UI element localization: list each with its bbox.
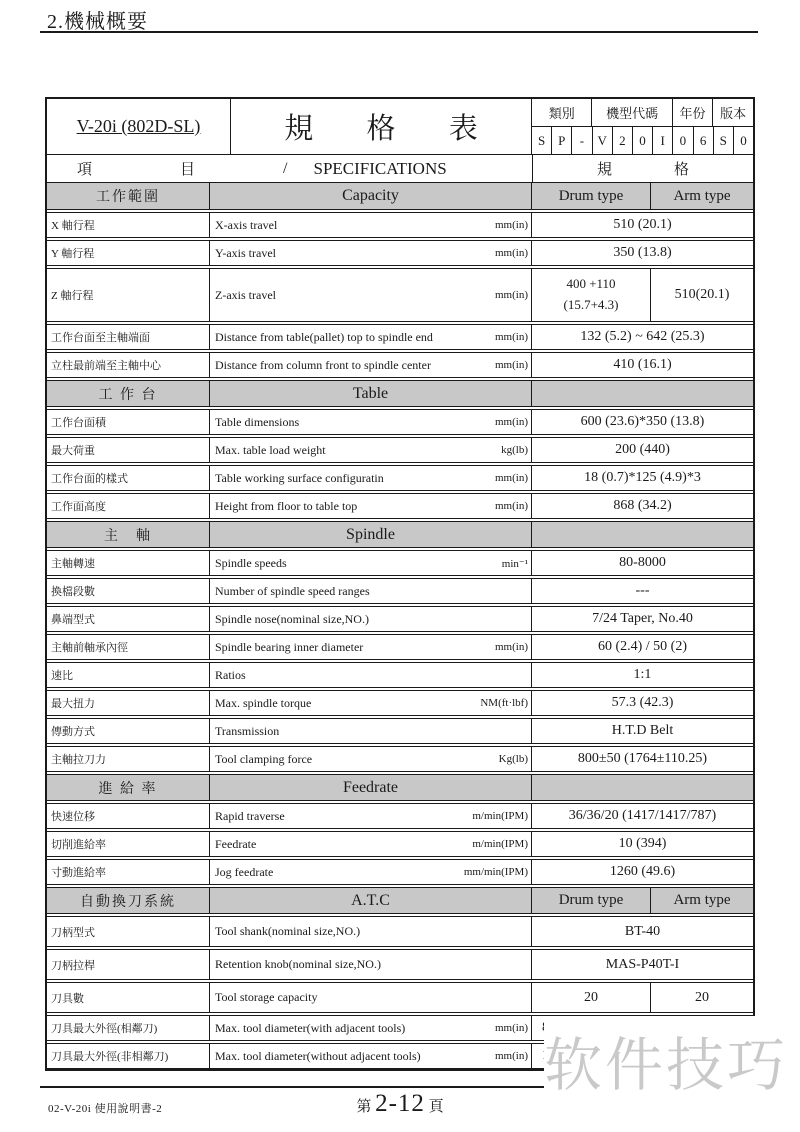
footer-page-prefix: 第 bbox=[356, 1099, 371, 1115]
item-label-en: Table dimensions bbox=[215, 415, 299, 430]
model-code-cells: SP-V20I06S0 bbox=[532, 127, 753, 154]
item-label-en: Height from floor to table top bbox=[215, 499, 357, 514]
item-label-zh: 刀柄拉桿 bbox=[47, 950, 209, 979]
item-label-zh: 工作台面的樣式 bbox=[47, 466, 209, 490]
item-unit: min⁻¹ bbox=[502, 557, 528, 570]
item-label-en: Feedrate bbox=[215, 837, 256, 852]
value: 10 (394) bbox=[531, 832, 753, 856]
table-row: Z 軸行程Z-axis travelmm(in)400 +110(15.7+4.… bbox=[47, 268, 753, 322]
model-name: V-20i (802D-SL) bbox=[77, 116, 201, 137]
value: 600 (23.6)*350 (13.8) bbox=[531, 410, 753, 434]
item-label-en-cell: Max. tool diameter(with adjacent tools)m… bbox=[209, 1016, 531, 1040]
table-row: 速比Ratios1:1 bbox=[47, 662, 753, 688]
table-title-char: 格 bbox=[366, 106, 395, 147]
section-value-blank bbox=[531, 381, 753, 406]
item-label-en-cell: Tool clamping forceKg(lb) bbox=[209, 747, 531, 771]
item-label-en: Retention knob(nominal size,NO.) bbox=[215, 957, 381, 972]
item-label-en: Max. tool diameter(with adjacent tools) bbox=[215, 1021, 405, 1036]
items-label-zh: 項 bbox=[77, 158, 92, 179]
item-label-en: Ratios bbox=[215, 668, 246, 683]
table-row: 快速位移Rapid traversem/min(IPM)36/36/20 (14… bbox=[47, 803, 753, 829]
table-row: 主軸轉速Spindle speedsmin⁻¹80-8000 bbox=[47, 550, 753, 576]
code-column-header: 版本 bbox=[712, 99, 753, 126]
item-label-en-cell: Table dimensionsmm(in) bbox=[209, 410, 531, 434]
item-label-zh: 主軸拉刀力 bbox=[47, 747, 209, 771]
item-label-zh: 切削進給率 bbox=[47, 832, 209, 856]
item-label-en: Max. table load weight bbox=[215, 443, 326, 458]
table-row: 鼻端型式Spindle nose(nominal size,NO.)7/24 T… bbox=[47, 606, 753, 632]
table-row: 切削進給率Feedratem/min(IPM)10 (394) bbox=[47, 831, 753, 857]
item-label-en: Table working surface configuratin bbox=[215, 471, 384, 486]
value: 350 (13.8) bbox=[531, 241, 753, 265]
value: 510 (20.1) bbox=[531, 213, 753, 237]
item-label-en: Distance from table(pallet) top to spind… bbox=[215, 330, 433, 345]
value-drum-line: 400 +110 bbox=[566, 274, 615, 295]
item-label-en: X-axis travel bbox=[215, 218, 277, 233]
item-label-zh: 速比 bbox=[47, 663, 209, 687]
value: 132 (5.2) ~ 642 (25.3) bbox=[531, 325, 753, 349]
item-label-en-cell: Tool storage capacity bbox=[209, 983, 531, 1012]
value-drum-line: 20 bbox=[584, 990, 598, 1006]
item-label-en: Max. tool diameter(without adjacent tool… bbox=[215, 1049, 421, 1064]
value-drum-type: 20 bbox=[531, 983, 650, 1012]
table-row: 工作面高度Height from floor to table topmm(in… bbox=[47, 493, 753, 519]
section-title-zh: 進 給 率 bbox=[47, 775, 209, 800]
item-label-en-cell: Rapid traversem/min(IPM) bbox=[209, 804, 531, 828]
item-label-en-cell: Spindle speedsmin⁻¹ bbox=[209, 551, 531, 575]
code-cell: - bbox=[571, 127, 591, 154]
section-title-zh: 主 軸 bbox=[47, 522, 209, 547]
item-label-zh: 工作台面積 bbox=[47, 410, 209, 434]
item-label-en-cell: Max. tool diameter(without adjacent tool… bbox=[209, 1044, 531, 1068]
item-label-zh: 快速位移 bbox=[47, 804, 209, 828]
value: --- bbox=[531, 579, 753, 603]
item-unit: mm(in) bbox=[495, 331, 528, 343]
item-unit: mm(in) bbox=[495, 1050, 528, 1062]
section-title-en: Feedrate bbox=[209, 775, 531, 800]
section-header-feedrate: 進 給 率Feedrate bbox=[47, 774, 753, 801]
item-label-zh: 刀柄型式 bbox=[47, 917, 209, 946]
item-label-zh: 最大荷重 bbox=[47, 438, 209, 462]
item-label-zh: 換檔段數 bbox=[47, 579, 209, 603]
value: 200 (440) bbox=[531, 438, 753, 462]
heading-rule bbox=[40, 31, 758, 33]
model-code-block: 類別機型代碼年份版本 SP-V20I06S0 bbox=[531, 99, 753, 154]
items-label-zh: 目 bbox=[180, 158, 195, 179]
column-header-drum-type: Drum type bbox=[531, 183, 650, 209]
item-unit: mm(in) bbox=[495, 641, 528, 653]
code-cell: S bbox=[713, 127, 733, 154]
item-unit: mm(in) bbox=[495, 1022, 528, 1034]
value: 1:1 bbox=[531, 663, 753, 687]
table-row: 刀柄型式Tool shank(nominal size,NO.)BT-40 bbox=[47, 916, 753, 947]
code-cell: 0 bbox=[632, 127, 652, 154]
table-title: 規 格 表 bbox=[230, 99, 531, 154]
item-label-zh: 刀具最大外徑(非相鄰刀) bbox=[47, 1044, 209, 1068]
item-label-en: Tool storage capacity bbox=[215, 990, 317, 1005]
section-title-en: Capacity bbox=[209, 183, 531, 209]
item-unit: mm(in) bbox=[495, 472, 528, 484]
item-label-zh: 傳動方式 bbox=[47, 719, 209, 743]
table-row: 最大扭力Max. spindle torqueNM(ft·lbf)57.3 (4… bbox=[47, 690, 753, 716]
item-label-zh: 立柱最前端至主軸中心 bbox=[47, 353, 209, 377]
table-row: 立柱最前端至主軸中心Distance from column front to … bbox=[47, 352, 753, 378]
item-label-en: Max. spindle torque bbox=[215, 696, 311, 711]
item-label-en-cell: Height from floor to table topmm(in) bbox=[209, 494, 531, 518]
item-label-zh: 工作台面至主軸端面 bbox=[47, 325, 209, 349]
section-header-spindle: 主 軸Spindle bbox=[47, 521, 753, 548]
item-label-zh: X 軸行程 bbox=[47, 213, 209, 237]
items-specifications-row: 項 目 / SPECIFICATIONS 規 格 bbox=[47, 155, 753, 183]
item-label-en: Jog feedrate bbox=[215, 865, 273, 880]
item-label-zh: 主軸前軸承內徑 bbox=[47, 635, 209, 659]
table-row: 刀柄拉桿Retention knob(nominal size,NO.)MAS-… bbox=[47, 949, 753, 980]
item-label-en-cell: Distance from table(pallet) top to spind… bbox=[209, 325, 531, 349]
item-unit: Kg(lb) bbox=[499, 753, 528, 765]
item-unit: mm(in) bbox=[495, 289, 528, 301]
item-label-zh: Y 軸行程 bbox=[47, 241, 209, 265]
value: 57.3 (42.3) bbox=[531, 691, 753, 715]
spec-label-zh: 格 bbox=[674, 158, 689, 179]
section-value-blank bbox=[531, 522, 753, 547]
footer-page-no: 2-12 bbox=[375, 1090, 425, 1117]
table-row: Y 軸行程Y-axis travelmm(in)350 (13.8) bbox=[47, 240, 753, 266]
spec-label-zh: 規 bbox=[597, 158, 612, 179]
item-label-en: Spindle speeds bbox=[215, 556, 287, 571]
item-label-en: Tool shank(nominal size,NO.) bbox=[215, 924, 360, 939]
item-label-zh: 工作面高度 bbox=[47, 494, 209, 518]
item-unit: mm(in) bbox=[495, 500, 528, 512]
section-header-atc: 自動換刀系統A.T.CDrum typeArm type bbox=[47, 887, 753, 914]
item-unit: NM(ft·lbf) bbox=[480, 697, 528, 709]
item-label-en-cell: Number of spindle speed ranges bbox=[209, 579, 531, 603]
value: 18 (0.7)*125 (4.9)*3 bbox=[531, 466, 753, 490]
page-heading: 2.機械概要 bbox=[47, 5, 148, 34]
value: 60 (2.4) / 50 (2) bbox=[531, 635, 753, 659]
section-title-zh: 工 作 台 bbox=[47, 381, 209, 406]
item-unit: mm(in) bbox=[495, 247, 528, 259]
item-unit: kg(lb) bbox=[501, 444, 528, 456]
code-cell: S bbox=[532, 127, 551, 154]
table-row: 傳動方式TransmissionH.T.D Belt bbox=[47, 718, 753, 744]
footer-page-number: 第 2-12 頁 bbox=[0, 1090, 800, 1118]
code-column-header: 類別 bbox=[532, 99, 591, 126]
table-title-row: V-20i (802D-SL) 規 格 表 類別機型代碼年份版本 SP-V20I… bbox=[47, 99, 753, 155]
section-title-zh: 工作範圍 bbox=[47, 183, 209, 209]
item-label-en-cell: Distance from column front to spindle ce… bbox=[209, 353, 531, 377]
item-label-en: Spindle bearing inner diameter bbox=[215, 640, 363, 655]
item-label-en-cell: Transmission bbox=[209, 719, 531, 743]
item-label-zh: 最大扭力 bbox=[47, 691, 209, 715]
value: 868 (34.2) bbox=[531, 494, 753, 518]
item-label-en-cell: Spindle bearing inner diametermm(in) bbox=[209, 635, 531, 659]
value: 80-8000 bbox=[531, 551, 753, 575]
item-unit: mm(in) bbox=[495, 359, 528, 371]
section-title-zh: 自動換刀系統 bbox=[47, 888, 209, 913]
table-row: 換檔段數Number of spindle speed ranges--- bbox=[47, 578, 753, 604]
item-label-en: Rapid traverse bbox=[215, 809, 285, 824]
item-label-en-cell: Jog feedratemm/min(IPM) bbox=[209, 860, 531, 884]
item-label-en: Transmission bbox=[215, 724, 279, 739]
code-cell: V bbox=[592, 127, 612, 154]
code-cell: 0 bbox=[733, 127, 753, 154]
item-label-en-cell: Max. table load weightkg(lb) bbox=[209, 438, 531, 462]
items-label-cell: 項 目 / SPECIFICATIONS bbox=[47, 155, 532, 182]
table-row: 工作台面至主軸端面Distance from table(pallet) top… bbox=[47, 324, 753, 350]
table-row: X 軸行程X-axis travelmm(in)510 (20.1) bbox=[47, 212, 753, 238]
table-row: 寸動進給率Jog feedratemm/min(IPM)1260 (49.6) bbox=[47, 859, 753, 885]
item-unit: m/min(IPM) bbox=[472, 838, 528, 850]
item-unit: mm(in) bbox=[495, 219, 528, 231]
value-arm-type: 510(20.1) bbox=[650, 269, 753, 321]
item-label-en: Y-axis travel bbox=[215, 246, 276, 261]
item-label-en-cell: Spindle nose(nominal size,NO.) bbox=[209, 607, 531, 631]
code-cell: 2 bbox=[612, 127, 632, 154]
value: 1260 (49.6) bbox=[531, 860, 753, 884]
code-column-header: 年份 bbox=[672, 99, 713, 126]
items-label-en: SPECIFICATIONS bbox=[313, 159, 446, 179]
table-row: 刀具數Tool storage capacity2020 bbox=[47, 982, 753, 1013]
code-cell: P bbox=[551, 127, 571, 154]
column-header-drum-type: Drum type bbox=[531, 888, 650, 913]
table-row: 主軸拉刀力Tool clamping forceKg(lb)800±50 (17… bbox=[47, 746, 753, 772]
table-row: 工作台面的樣式Table working surface configurati… bbox=[47, 465, 753, 491]
item-unit: m/min(IPM) bbox=[472, 810, 528, 822]
column-header-arm-type: Arm type bbox=[650, 183, 753, 209]
value: 800±50 (1764±110.25) bbox=[531, 747, 753, 771]
spec-table: V-20i (802D-SL) 規 格 表 類別機型代碼年份版本 SP-V20I… bbox=[45, 97, 755, 1071]
spec-label-cell: 規 格 bbox=[532, 155, 753, 182]
item-label-en-cell: X-axis travelmm(in) bbox=[209, 213, 531, 237]
code-cell: I bbox=[652, 127, 672, 154]
value: BT-40 bbox=[531, 917, 753, 946]
item-label-en-cell: Table working surface configuratinmm(in) bbox=[209, 466, 531, 490]
value-drum-line: (15.7+4.3) bbox=[564, 295, 619, 316]
code-cell: 0 bbox=[672, 127, 692, 154]
section-title-en: Table bbox=[209, 381, 531, 406]
value-arm-type: 20 bbox=[650, 983, 753, 1012]
table-row: 主軸前軸承內徑Spindle bearing inner diametermm(… bbox=[47, 634, 753, 660]
item-label-en-cell: Feedratem/min(IPM) bbox=[209, 832, 531, 856]
model-code-headers: 類別機型代碼年份版本 bbox=[532, 99, 753, 127]
section-title-en: Spindle bbox=[209, 522, 531, 547]
item-label-en-cell: Y-axis travelmm(in) bbox=[209, 241, 531, 265]
value: 410 (16.1) bbox=[531, 353, 753, 377]
item-label-zh: 寸動進給率 bbox=[47, 860, 209, 884]
item-label-en: Number of spindle speed ranges bbox=[215, 584, 370, 599]
footer-page-suffix: 頁 bbox=[429, 1099, 444, 1115]
column-header-arm-type: Arm type bbox=[650, 888, 753, 913]
code-column-header: 機型代碼 bbox=[591, 99, 671, 126]
table-title-char: 表 bbox=[449, 106, 478, 147]
items-label-slash: / bbox=[283, 160, 287, 178]
section-header-capacity: 工作範圍CapacityDrum typeArm type bbox=[47, 183, 753, 210]
item-label-en: Distance from column front to spindle ce… bbox=[215, 358, 431, 373]
table-title-char: 規 bbox=[284, 106, 313, 147]
item-label-en-cell: Tool shank(nominal size,NO.) bbox=[209, 917, 531, 946]
model-cell: V-20i (802D-SL) bbox=[47, 99, 230, 154]
item-label-zh: 鼻端型式 bbox=[47, 607, 209, 631]
code-cell: 6 bbox=[693, 127, 713, 154]
value: MAS-P40T-I bbox=[531, 950, 753, 979]
item-label-en: Tool clamping force bbox=[215, 752, 312, 767]
item-label-en: Z-axis travel bbox=[215, 288, 276, 303]
value: H.T.D Belt bbox=[531, 719, 753, 743]
value: 36/36/20 (1417/1417/787) bbox=[531, 804, 753, 828]
item-label-zh: 刀具最大外徑(相鄰刀) bbox=[47, 1016, 209, 1040]
item-unit: mm/min(IPM) bbox=[464, 866, 528, 878]
table-row: 工作台面積Table dimensionsmm(in)600 (23.6)*35… bbox=[47, 409, 753, 435]
section-title-en: A.T.C bbox=[209, 888, 531, 913]
section-value-blank bbox=[531, 775, 753, 800]
item-label-en-cell: Max. spindle torqueNM(ft·lbf) bbox=[209, 691, 531, 715]
item-label-en-cell: Z-axis travelmm(in) bbox=[209, 269, 531, 321]
item-label-en-cell: Retention knob(nominal size,NO.) bbox=[209, 950, 531, 979]
item-label-zh: 刀具數 bbox=[47, 983, 209, 1012]
item-label-en-cell: Ratios bbox=[209, 663, 531, 687]
table-row: 最大荷重Max. table load weightkg(lb)200 (440… bbox=[47, 437, 753, 463]
value-drum-type: 400 +110(15.7+4.3) bbox=[531, 269, 650, 321]
section-header-table: 工 作 台Table bbox=[47, 380, 753, 407]
item-label-zh: 主軸轉速 bbox=[47, 551, 209, 575]
item-label-zh: Z 軸行程 bbox=[47, 269, 209, 321]
item-label-en: Spindle nose(nominal size,NO.) bbox=[215, 612, 369, 627]
value: 7/24 Taper, No.40 bbox=[531, 607, 753, 631]
item-unit: mm(in) bbox=[495, 416, 528, 428]
